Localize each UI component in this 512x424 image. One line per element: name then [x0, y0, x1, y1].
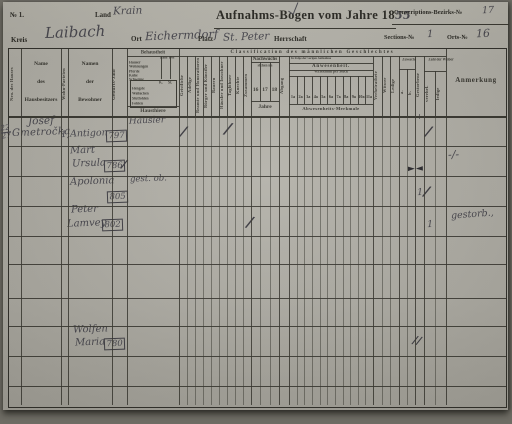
inhabitant-name-row8b: Maria: [75, 337, 106, 349]
behaustheit-title: Behaustheit: [137, 50, 168, 55]
grid-line: [373, 116, 374, 405]
house-number-column-head: Nro. des Hauses: [9, 55, 21, 113]
grid-line: [358, 116, 359, 405]
class-column: Bauern: [211, 57, 219, 114]
grid-line: [227, 116, 228, 405]
grid-line: [350, 76, 351, 104]
grid-line: [327, 76, 328, 104]
owner-column-head: Name des Hausbesitzers: [21, 49, 61, 115]
house-number-fraction: 22 27: [0, 124, 11, 140]
grid-line: [9, 386, 506, 387]
kreis-label: Kreis: [11, 37, 27, 44]
revision-col: 5a: [320, 95, 328, 99]
grid-line: [335, 116, 336, 405]
platz-label: Platz: [198, 36, 213, 43]
gestorbene-column-head: Gestorbene: [415, 57, 424, 114]
birth-year-row8: 780: [104, 338, 126, 351]
inhabitants-column-head: Namen der Bewohner: [68, 49, 112, 115]
grid-line: [203, 116, 204, 405]
grid-line: [390, 56, 391, 116]
grid-line: [446, 116, 447, 405]
conscription-underline: [392, 24, 509, 25]
birth-year-column-head: Geburts-Jahr: [112, 55, 127, 113]
class-column: Knechte: [235, 57, 243, 114]
nachwuchs-col: 17: [260, 88, 269, 94]
grid-line: [297, 76, 298, 104]
class-column: Häusler und Inwohner: [219, 57, 227, 114]
grid-line: [203, 56, 204, 116]
grid-line: [187, 56, 188, 116]
grid-line: [270, 62, 271, 101]
grid-line: [251, 101, 279, 102]
class-column: Geistliche: [179, 57, 187, 114]
grid-line: [399, 116, 400, 405]
inhabitant-name-row3: Apolonia: [70, 176, 115, 188]
sections-label: Sections-№: [384, 35, 414, 41]
grid-line: [9, 236, 506, 237]
class-column: Beamte und Honoratioren: [195, 57, 203, 114]
grid-line: [179, 56, 446, 57]
grid-line: [289, 56, 290, 116]
platz-value-handwritten: St. Peter: [223, 31, 270, 44]
grid-line: [365, 76, 366, 104]
form-title: Aufnahms-Bogen vom Jahre 1855: [216, 9, 411, 22]
inhabitant-name-row2a: Mart: [70, 146, 95, 157]
revision-line1: In Folge der vorigen Aufnahme gehörig ge…: [291, 57, 332, 60]
hausthiere-label: Hausthiere: [137, 108, 168, 114]
inhab-head-line1: Namen: [82, 61, 99, 67]
grid-line: [112, 49, 113, 116]
title-underline: [214, 28, 396, 29]
revision-col: 3a: [304, 95, 312, 99]
behaust-subrow: Wallachen: [132, 92, 149, 96]
grid-line: [9, 264, 506, 265]
grid-line: [227, 56, 228, 116]
behaust-sub-b: St.: [168, 81, 172, 85]
grid-line: [21, 49, 22, 116]
tally-mark: //: [412, 334, 422, 347]
herrschaft-label: Herrschaft: [274, 36, 307, 43]
grid-line: [312, 76, 313, 104]
owner-head-line3: Hausbesitzers: [25, 97, 58, 103]
nachwuchs-sub: stehen im: [257, 64, 274, 68]
grid-line: [251, 116, 252, 405]
grid-line: [435, 116, 436, 405]
behaust-row: Pferde: [129, 70, 140, 74]
behaust-subrow: Stutfohlen: [132, 97, 149, 101]
grid-line: [179, 116, 180, 405]
grid-line: [407, 116, 408, 405]
grid-line: [358, 76, 359, 104]
grid-line: [187, 116, 188, 405]
grid-line: [195, 56, 196, 116]
grid-line: [446, 49, 447, 116]
remark-row2: -/-: [448, 149, 460, 161]
grid-line: [61, 116, 62, 405]
grid-line: [343, 76, 344, 104]
grid-line: [235, 116, 236, 405]
grid-line: [390, 116, 391, 405]
zuwachs-col: b.: [407, 70, 415, 115]
grid-line: [195, 116, 196, 405]
inhabitant-name-row2b: Ursula: [72, 158, 106, 170]
grid-line: [320, 116, 321, 405]
grid-line: [127, 56, 179, 57]
weiber-col: verehel.: [424, 72, 435, 115]
grid-line: [243, 56, 244, 116]
grid-line: [9, 298, 506, 299]
grid-line: [9, 116, 506, 118]
weiber-label: Zahl der Weiber: [428, 58, 441, 62]
zuwachs-col: a.: [399, 70, 407, 115]
grid-line: [279, 116, 280, 405]
land-label: Land: [95, 12, 111, 19]
revision-col: 2a: [297, 95, 305, 99]
abgang-column-head: Abgang: [279, 57, 289, 114]
grid-line: [251, 56, 252, 116]
conscription-value-handwritten: 17: [482, 6, 494, 16]
grid-line: [219, 56, 220, 116]
behaust-sub-a: K.: [159, 81, 163, 85]
grid-line: [289, 76, 373, 77]
owner-head-line1: Name: [34, 61, 48, 67]
grid-line: [312, 116, 313, 405]
grid-line: [235, 56, 236, 116]
grid-line: [304, 76, 305, 104]
grid-line: [297, 116, 298, 405]
inhab-head-line3: Bewohner: [78, 97, 102, 103]
behaust-row: Häuser: [129, 61, 141, 65]
classification-banner: Classification des männlichen Geschlecht…: [179, 51, 446, 56]
birth-year-row1: 797: [106, 130, 128, 143]
revision-col: 9a: [350, 95, 358, 99]
grid-line: [127, 106, 179, 107]
kreis-value-handwritten: Laibach: [45, 24, 106, 42]
revision-col: 8a: [342, 95, 350, 99]
grid-line: [61, 49, 62, 116]
census-table: Nro. des Hauses Name des Hausbesitzers W…: [8, 48, 507, 408]
grid-line: [260, 62, 261, 101]
grid-line: [343, 116, 344, 405]
behaust-subrow: Fohlen: [132, 102, 143, 106]
grid-line: [9, 146, 506, 147]
grid-line: [211, 116, 212, 405]
tally-mark: /: [245, 215, 254, 232]
class-column: Bürger und Künstler: [203, 57, 211, 114]
grid-line: [9, 176, 506, 177]
nachwuchs-bottom: Jahre: [251, 105, 279, 111]
revision-bottom: Abwesenheits-Merkmale: [289, 107, 373, 112]
grid-line: [289, 116, 290, 405]
grid-line: [251, 62, 279, 63]
form-title-text: Aufnahms-Bogen vom Jahre 18: [216, 8, 395, 22]
grid-line: [211, 56, 212, 116]
grid-line: [9, 206, 506, 207]
grid-line: [435, 71, 436, 116]
owner-head-line2: des: [37, 79, 45, 85]
orts-value-handwritten: 16: [476, 28, 490, 40]
nachwuchs-col: 18: [270, 88, 279, 94]
tally-mark: /: [425, 125, 433, 140]
grid-line: [365, 116, 366, 405]
sections-value-handwritten: 1: [427, 30, 434, 41]
grid-line: [243, 116, 244, 405]
scanned-census-sheet: № 1. Land Krain Aufnahms-Bogen vom Jahre…: [3, 2, 508, 410]
grid-line: [21, 116, 22, 405]
nachwuchs-col: 16: [251, 88, 260, 94]
revision-col: 10a: [358, 95, 366, 99]
grid-line: [399, 56, 400, 116]
tally-number: 1: [427, 220, 433, 230]
remark-row4: gestorb.,: [451, 209, 494, 222]
house-number-bottom: 27: [1, 131, 12, 140]
grid-line: [424, 71, 446, 72]
grid-line: [304, 116, 305, 405]
grid-line: [382, 56, 383, 116]
grid-line: [127, 116, 128, 405]
grid-line: [9, 356, 506, 357]
grid-line: [320, 76, 321, 104]
grid-line: [161, 56, 162, 80]
grid-line: [289, 70, 373, 71]
revision-col: 4a: [312, 95, 320, 99]
inhab-head-line2: der: [86, 79, 94, 85]
grid-line: [424, 116, 425, 405]
note-haeusler: Häusler: [129, 116, 165, 127]
sheet-number: № 1.: [10, 12, 24, 19]
grid-line: [335, 76, 336, 104]
revision-col: 6a: [327, 95, 335, 99]
inhabitant-name-row4b: Lamvey: [67, 218, 107, 230]
grid-line: [219, 116, 220, 405]
party-column-head: Wohn-Parteien: [61, 55, 68, 113]
behaust-row: Wohnungen: [129, 65, 148, 69]
grid-line: [68, 49, 69, 116]
grid-line: [279, 56, 280, 116]
revision-line2: Anwesenheit.: [289, 64, 373, 69]
grid-line: [260, 116, 261, 405]
weiber-col: ledige: [435, 72, 446, 115]
grid-line: [415, 116, 416, 405]
grid-line: [415, 56, 416, 116]
class-column: Taglöhner: [227, 57, 235, 114]
revision-line3: Verzeichniß per Stück: [306, 70, 356, 74]
grid-line: [424, 56, 425, 116]
grid-line: [270, 116, 271, 405]
stand-column: Verheirathete: [373, 57, 382, 114]
anmerkung-column-head: Anmerkung: [446, 77, 506, 84]
grid-line: [289, 104, 373, 105]
birth-year-row3: 805: [107, 191, 129, 204]
ort-label: Ort: [131, 36, 142, 43]
grid-line: [9, 326, 506, 327]
behaust-subrow: Hengste: [132, 87, 145, 91]
class-column: Zusammen: [243, 57, 251, 114]
grid-line: [170, 56, 171, 80]
inhabitant-name-row1: Antigon: [70, 128, 108, 139]
grid-line: [373, 56, 374, 116]
grid-line: [327, 116, 328, 405]
conscription-label: Conscriptions-Bezirks-№: [394, 10, 462, 16]
orts-label: Orts-№: [447, 35, 468, 41]
zuwachs-label: Zuwachs: [402, 58, 412, 62]
grid-line: [407, 69, 408, 116]
revision-col: 7a: [335, 95, 343, 99]
grid-line: [68, 116, 69, 405]
land-value-handwritten: Krain: [113, 5, 143, 17]
stand-column: Ledige: [390, 57, 399, 114]
grid-line: [399, 69, 415, 70]
grid-line: [350, 116, 351, 405]
grid-line: [289, 63, 373, 64]
grid-line: [112, 116, 113, 405]
class-column: Adelige: [187, 57, 195, 114]
grid-line: [179, 49, 180, 116]
grid-line: [382, 116, 383, 405]
